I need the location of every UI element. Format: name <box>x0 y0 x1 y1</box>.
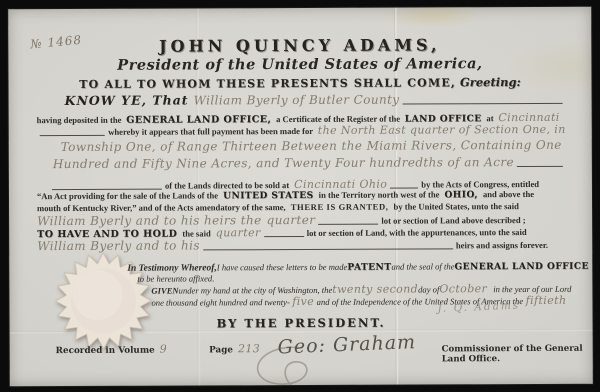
greeting-text: Greeting: <box>460 75 521 89</box>
there-is-granted-label: THERE IS GRANTED, <box>291 202 389 212</box>
tract-entry-2: Township One, of Range Thirteen Between … <box>61 138 562 154</box>
know-ye-label: KNOW YE, That <box>65 92 189 108</box>
document-subtitle: President of the United States of Americ… <box>8 55 591 75</box>
act-text-1c: and above the <box>483 189 534 199</box>
act-text-2b: by the United States, unto the said <box>394 201 519 212</box>
blank-rule <box>517 166 563 167</box>
in-testimony-label: In Testimony Whereof, <box>127 263 217 273</box>
given-label: GIVEN <box>151 286 178 296</box>
blank-rule <box>264 236 304 237</box>
deposit-pre-text: having deposited in the <box>37 115 122 125</box>
seal-of-text: and the seal of the <box>391 261 454 271</box>
blank-rule <box>390 187 418 188</box>
grantee-name-entry: William Byerly of Butler County <box>194 93 400 108</box>
year-of-lord-text: in the year of our Lord <box>493 284 571 294</box>
grantee-entry-2: William Byerly and to his <box>37 238 200 253</box>
page-label: Page <box>209 345 233 355</box>
day-of-text: day of <box>418 284 439 294</box>
independence-entry: fiftieth <box>526 294 567 307</box>
blank-rule <box>203 248 453 250</box>
affixed-text: to be hereunto affixed. <box>137 273 214 283</box>
volume-entry: 9 <box>160 343 167 356</box>
act-text-2a: mouth of Kentucky River,” and of the Act… <box>37 202 286 213</box>
ohio-label: OHIO, <box>444 190 478 200</box>
general-land-office-label-2: GENERAL LAND OFFICE <box>454 262 588 273</box>
salutation-text: TO ALL TO WHOM THESE PRESENTS SHALL COME… <box>79 76 456 91</box>
lot-described-text: lot or section of Land above described ; <box>381 215 525 226</box>
the-said-text: the said <box>182 228 210 238</box>
at-text: at <box>486 113 493 123</box>
year-entry: five <box>292 295 314 308</box>
land-patent-document: № 1468 JOHN QUINCY ADAMS, President of t… <box>8 7 593 387</box>
by-the-president-label: BY THE PRESIDENT. <box>10 315 593 332</box>
commissioner-title: Commissioner of the General Land Office. <box>442 344 593 365</box>
forever-text: heirs and assigns forever. <box>456 240 548 250</box>
sold-post-text: by the Acts of Congress, entitled <box>421 179 539 190</box>
tract-entry-1: the North East quarter of Section One, i… <box>318 123 566 137</box>
president-signature: J. Q. Adams <box>437 300 520 315</box>
page-title: JOHN QUINCY ADAMS, <box>8 35 591 57</box>
caused-text: I have caused these letters to be made <box>217 262 348 273</box>
patent-label: PATENT <box>347 263 391 273</box>
scan-background: № 1468 JOHN QUINCY ADAMS, President of t… <box>0 0 600 392</box>
blank-rule <box>403 103 563 105</box>
deposit-mid-text: a Certificate of the Register of the <box>276 114 400 125</box>
given-mid-text: under my hand at the city of Washington,… <box>179 285 333 296</box>
payment-line-text: whereby it appears that full payment has… <box>108 126 313 137</box>
recorded-label: Recorded in Volume <box>56 346 155 356</box>
act-text-1b: in the Territory north west of the <box>319 189 440 200</box>
blank-rule <box>40 135 105 136</box>
year-print-text: one thousand eight hundred and twenty- <box>151 297 289 308</box>
united-states-label: UNITED STATES <box>223 191 314 201</box>
act-text-1a: “An Act providing for the sale of the La… <box>37 190 218 201</box>
tract-entry-3: Hundred and Fifty Nine Acres, and Twenty… <box>53 155 514 171</box>
sold-pre-text: of the Lands directed to be sold at <box>165 180 289 191</box>
